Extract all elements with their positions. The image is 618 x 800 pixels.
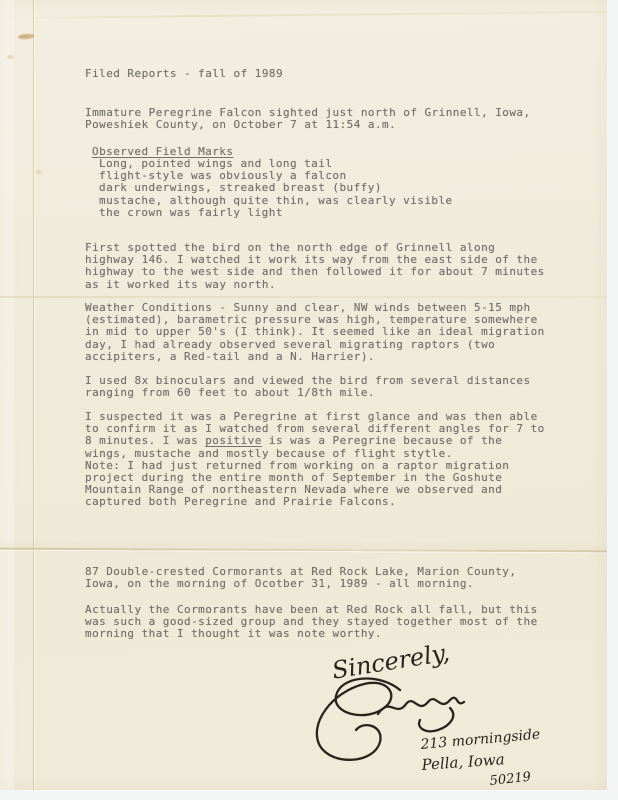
underlined-word-positive: positive	[205, 434, 262, 447]
paper-left-edge-band	[0, 0, 14, 790]
first-spotted-paragraph: First spotted the bird on the north edge…	[85, 242, 545, 291]
paper-stain-tiny	[35, 169, 42, 175]
rust-stain	[18, 33, 34, 39]
paper-stain-small	[7, 55, 14, 59]
lower-fold-crease	[0, 548, 607, 553]
address-zip-handwriting: 50219	[489, 770, 532, 789]
field-marks-list: Long, pointed wings and long tail flight…	[99, 158, 453, 219]
letter-paper: Filed Reports - fall of 1989 Immature Pe…	[0, 0, 607, 790]
optics-paragraph: I used 8x binoculars and viewed the bird…	[85, 375, 531, 399]
identification-paragraph: I suspected it was a Peregrine at first …	[85, 411, 545, 509]
vertical-fold-crease	[33, 0, 34, 790]
cormorant-note-paragraph: Actually the Cormorants have been at Red…	[85, 604, 538, 641]
scanned-letter-background: Filed Reports - fall of 1989 Immature Pe…	[0, 0, 618, 800]
weather-conditions-paragraph: Weather Conditions - Sunny and clear, NW…	[85, 302, 545, 363]
middle-fold-crease	[0, 296, 607, 298]
report-title: Filed Reports - fall of 1989	[85, 68, 283, 80]
top-fold-crease	[0, 11, 607, 19]
peregrine-sighting-paragraph: Immature Peregrine Falcon sighted just n…	[85, 107, 531, 131]
cormorant-sighting-paragraph: 87 Double-crested Cormorants at Red Rock…	[85, 566, 516, 590]
